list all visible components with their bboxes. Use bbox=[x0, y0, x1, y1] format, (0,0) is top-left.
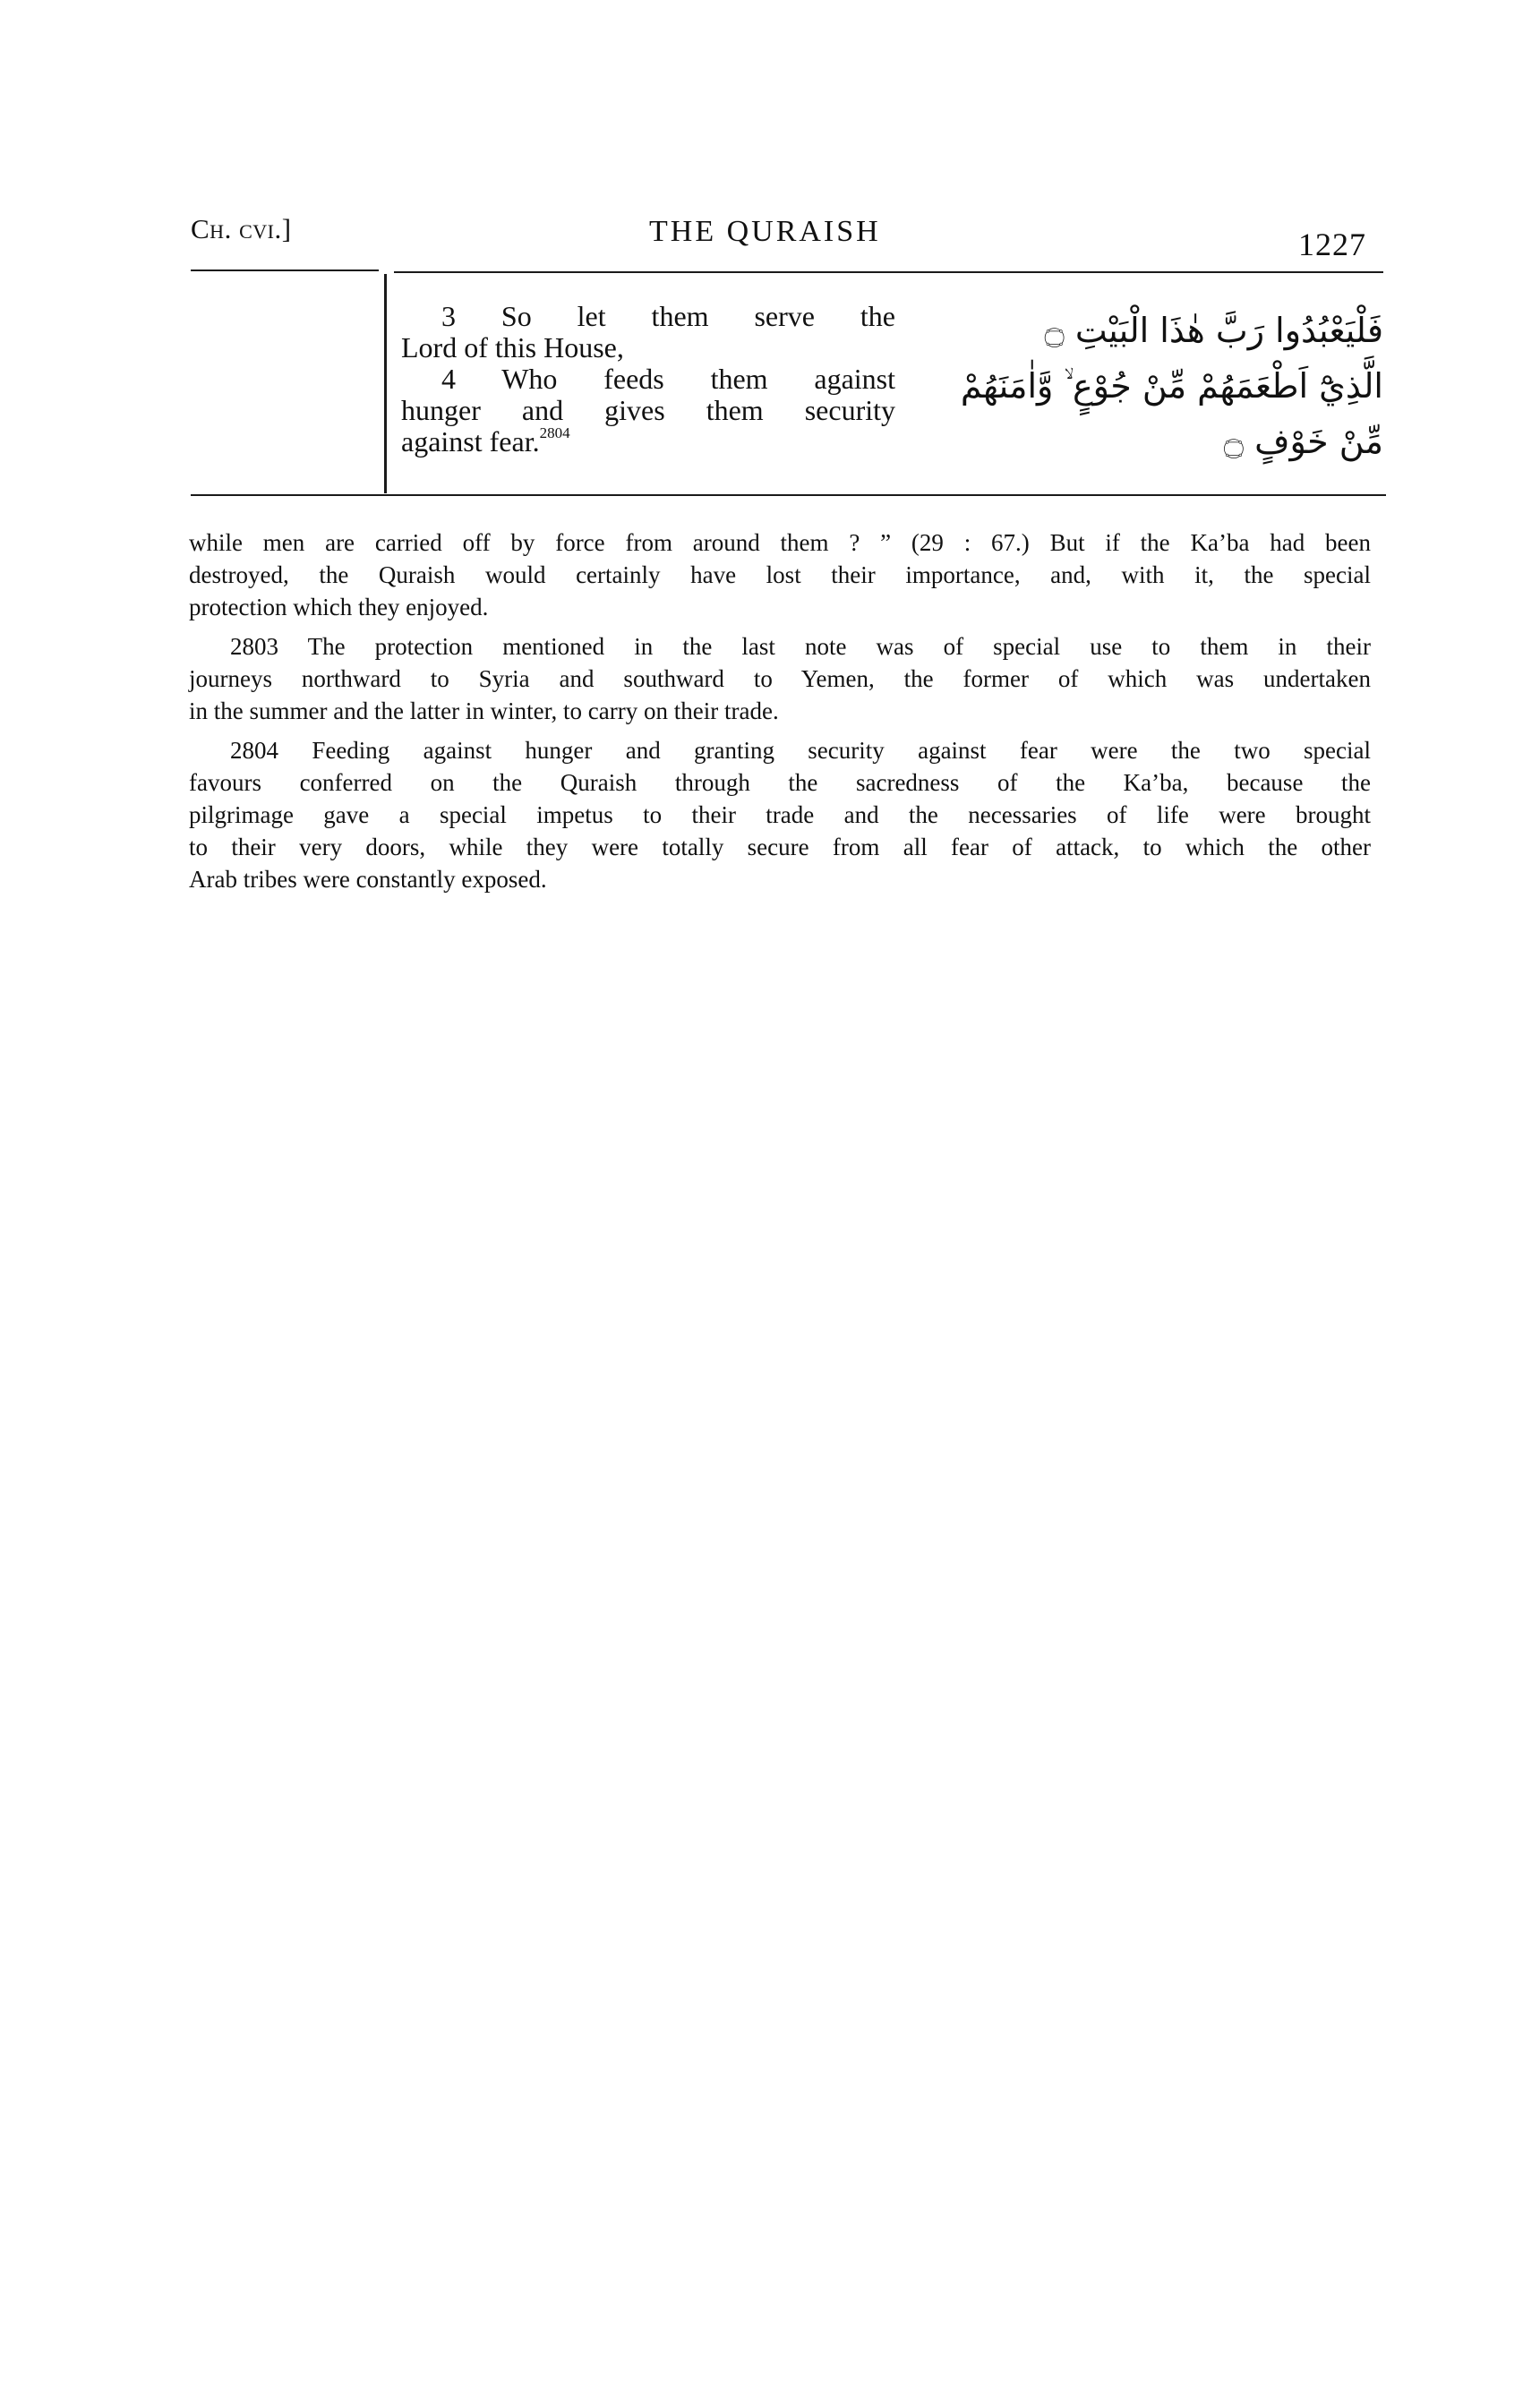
verse-line-last: against fear.2804 bbox=[401, 426, 895, 458]
footnote-line: in the summer and the latter in winter, … bbox=[189, 695, 1371, 727]
page-number: 1227 bbox=[1298, 226, 1366, 263]
commentary-continuation: while men are carried off by force from … bbox=[189, 526, 1371, 623]
arabic-line: مِّنْ خَوْفٍ ۝ bbox=[913, 414, 1383, 469]
page-title: THE QURAISH bbox=[649, 215, 881, 249]
footnote-line: favours conferred on the Quraish through… bbox=[189, 766, 1371, 799]
verse-translation: 3 So let them serve the Lord of this Hou… bbox=[401, 301, 895, 458]
arabic-line: الَّذِيْٓ اَطْعَمَهُمْ مِّنْ جُوْعٍ ۙ وَ… bbox=[913, 358, 1383, 414]
verse-line: 3 So let them serve the bbox=[401, 301, 895, 332]
verse-line: 4 Who feeds them against bbox=[401, 364, 895, 395]
commentary: while men are carried off by force from … bbox=[189, 526, 1371, 903]
footnote-line: to their very doors, while they were tot… bbox=[189, 831, 1371, 863]
commentary-line: while men are carried off by force from … bbox=[189, 526, 1371, 559]
arabic-line: فَلْيَعْبُدُوا رَبَّ هٰذَا الْبَيْتِ ۝ bbox=[913, 303, 1383, 358]
top-rule-text bbox=[394, 271, 1383, 273]
footnote-reference[interactable]: 2804 bbox=[540, 424, 570, 441]
bottom-rule bbox=[191, 494, 1386, 496]
footnote-2803: 2803 The protection mentioned in the las… bbox=[189, 630, 1371, 727]
top-rule-margin bbox=[191, 269, 379, 271]
commentary-line: destroyed, the Quraish would certainly h… bbox=[189, 559, 1371, 591]
margin-divider-rule bbox=[384, 274, 387, 493]
footnote-line: Arab tribes were constantly exposed. bbox=[189, 863, 1371, 895]
footnote-line: 2804 Feeding against hunger and granting… bbox=[189, 734, 1371, 766]
scanned-page: Ch. cvi.] THE QURAISH 1227 3 So let them… bbox=[0, 0, 1540, 2404]
footnote-2804: 2804 Feeding against hunger and granting… bbox=[189, 734, 1371, 895]
verse-line: hunger and gives them security bbox=[401, 395, 895, 426]
footnote-line: pilgrimage gave a special impetus to the… bbox=[189, 799, 1371, 831]
commentary-line: protection which they enjoyed. bbox=[189, 591, 1371, 623]
footnote-line: journeys northward to Syria and southwar… bbox=[189, 663, 1371, 695]
footnote-line: 2803 The protection mentioned in the las… bbox=[189, 630, 1371, 663]
running-head: Ch. cvi.] THE QURAISH 1227 bbox=[0, 213, 1540, 258]
chapter-reference: Ch. cvi.] bbox=[191, 213, 292, 245]
verse-line: Lord of this House, bbox=[401, 332, 895, 364]
verse-arabic: فَلْيَعْبُدُوا رَبَّ هٰذَا الْبَيْتِ ۝ ا… bbox=[913, 303, 1383, 469]
verse-line-text: against fear. bbox=[401, 425, 540, 458]
